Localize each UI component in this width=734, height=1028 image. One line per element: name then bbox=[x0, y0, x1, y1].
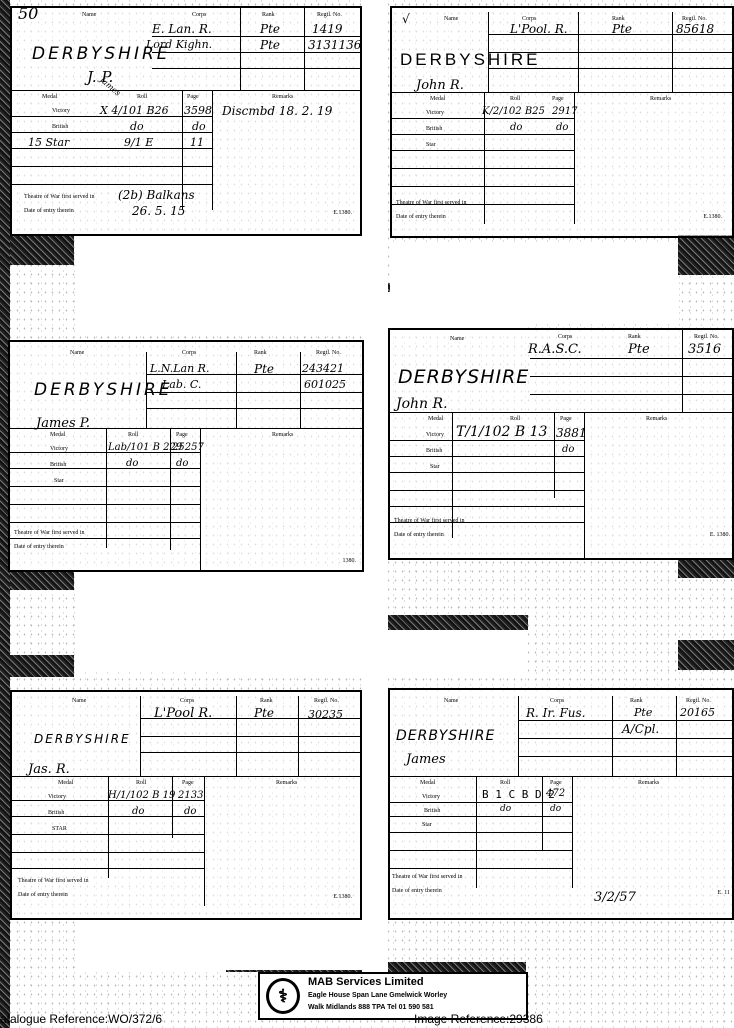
label-date-entry: Date of entry therein bbox=[18, 892, 68, 898]
page-british: do bbox=[550, 804, 561, 814]
remarks: Discmbd 18. 2. 19 bbox=[222, 104, 332, 118]
medal-british: British bbox=[424, 808, 440, 814]
stamp-address-2: Walk Midlands 888 TPA Tel 01 590 581 bbox=[308, 1004, 434, 1011]
label-remarks: Remarks bbox=[650, 96, 671, 102]
medal-british: British bbox=[48, 810, 64, 816]
label-roll: Roll bbox=[510, 96, 520, 102]
page-british: do bbox=[556, 122, 568, 133]
medal-card-middle-right: Name Corps Rank Regtl. No. DERBYSHIRE Jo… bbox=[388, 328, 734, 560]
medal-victory: Victory bbox=[426, 110, 444, 116]
label-theatre: Theatre of War first served in bbox=[392, 874, 463, 880]
roll-victory: X 4/101 B26 bbox=[100, 104, 169, 117]
forenames: John R. bbox=[396, 396, 448, 412]
label-date-entry: Date of entry therein bbox=[14, 544, 64, 550]
roll-british: do bbox=[132, 806, 144, 817]
stamp-address-1: Eagle House Span Lane Gmelwick Worley bbox=[308, 992, 447, 999]
label-remarks: Remarks bbox=[272, 94, 293, 100]
label-corps: Corps bbox=[558, 334, 572, 340]
theatre: (2b) Balkans bbox=[118, 188, 195, 202]
roll-victory: B 1 C B D 2 bbox=[482, 788, 555, 801]
medal-british: British bbox=[52, 124, 68, 130]
surname: DERBYSHIRE bbox=[400, 50, 541, 70]
label-corps: Corps bbox=[182, 350, 196, 356]
medal-star: Star bbox=[426, 142, 436, 148]
corps-1: E. Lan. R. bbox=[152, 22, 212, 36]
regtl-no-1: 243421 bbox=[302, 362, 344, 375]
scan-shadow bbox=[388, 615, 528, 631]
image-reference: Image Reference:29386 bbox=[414, 1012, 543, 1026]
roll-british: do bbox=[510, 122, 522, 133]
corps-2: Lord Kighn. bbox=[146, 38, 212, 51]
corps-1: R.A.S.C. bbox=[528, 342, 582, 357]
date-entry: 26. 5. 15 bbox=[132, 204, 185, 218]
label-medal: Medal bbox=[428, 416, 443, 422]
label-regtl-no: Regtl. No. bbox=[694, 334, 719, 340]
label-rank: Rank bbox=[262, 12, 275, 18]
regtl-no-1: 20165 bbox=[680, 706, 715, 719]
page-victory: 3598 bbox=[184, 104, 212, 117]
label-theatre: Theatre of War first served in bbox=[14, 530, 85, 536]
forenames: James bbox=[406, 752, 446, 767]
label-name: Name bbox=[450, 336, 464, 342]
form-number: E.1380. bbox=[703, 214, 722, 220]
label-roll: Roll bbox=[137, 94, 147, 100]
label-name: Name bbox=[70, 350, 84, 356]
medal-victory: Victory bbox=[52, 108, 70, 114]
medal-british: British bbox=[426, 448, 442, 454]
label-roll: Roll bbox=[128, 432, 138, 438]
label-name: Name bbox=[444, 16, 458, 22]
surname: DERBYSHIRE bbox=[396, 728, 495, 744]
medal-card-top-left: 50 Name Corps Rank Regtl. No. DERBYSHIRE… bbox=[10, 6, 362, 236]
medal-victory: Victory bbox=[426, 432, 444, 438]
catalogue-reference: atalogue Reference:WO/372/6 bbox=[0, 1012, 162, 1026]
regtl-no-1: 1419 bbox=[312, 22, 343, 36]
label-rank: Rank bbox=[260, 698, 273, 704]
corps-1: L'Pool R. bbox=[154, 706, 212, 721]
regtl-no-1: 3516 bbox=[688, 342, 721, 357]
label-theatre: Theatre of War first served in bbox=[24, 194, 95, 200]
label-medal: Medal bbox=[420, 780, 435, 786]
roll-british: do bbox=[130, 120, 144, 133]
stamp-company: MAB Services Limited bbox=[308, 976, 424, 988]
label-medal: Medal bbox=[430, 96, 445, 102]
label-date-entry: Date of entry therein bbox=[394, 532, 444, 538]
label-theatre: Theatre of War first served in bbox=[396, 200, 467, 206]
label-roll: Roll bbox=[136, 780, 146, 786]
form-number: E. 1380. bbox=[710, 532, 730, 538]
scan-shadow bbox=[10, 572, 74, 590]
corps-1: R. Ir. Fus. bbox=[526, 706, 585, 720]
roll-british: do bbox=[126, 458, 138, 469]
form-number: 1380. bbox=[343, 558, 357, 564]
rank-1: Pte bbox=[254, 362, 274, 376]
card-mark: √ bbox=[402, 12, 410, 26]
scan-shadow bbox=[10, 235, 74, 265]
roll-victory: K/2/102 B25 bbox=[482, 106, 545, 117]
medal-british: British bbox=[50, 462, 66, 468]
label-date-entry: Date of entry therein bbox=[392, 888, 442, 894]
page-british: do bbox=[562, 444, 574, 455]
label-remarks: Remarks bbox=[638, 780, 659, 786]
label-rank: Rank bbox=[628, 334, 641, 340]
surname: DERBYSHIRE bbox=[398, 366, 529, 388]
medal-victory: Victory bbox=[48, 794, 66, 800]
medal-star: 15 Star bbox=[28, 136, 69, 149]
forenames: Jas. R. bbox=[28, 762, 70, 777]
label-corps: Corps bbox=[180, 698, 194, 704]
rank-1: Pte bbox=[628, 342, 650, 357]
label-page: Page bbox=[176, 432, 188, 438]
label-rank: Rank bbox=[630, 698, 643, 704]
medal-star: Star bbox=[54, 478, 64, 484]
medal-victory: Victory bbox=[50, 446, 68, 452]
scan-shadow bbox=[10, 655, 74, 677]
page-star: 11 bbox=[190, 136, 204, 149]
forenames: John R. bbox=[416, 78, 464, 93]
label-remarks: Remarks bbox=[272, 432, 293, 438]
medal-card-top-right: √ Name Corps Rank Regtl. No. DERBYSHIRE … bbox=[390, 6, 734, 238]
medal-victory: Victory bbox=[422, 794, 440, 800]
card-mark: 50 bbox=[18, 4, 38, 23]
medal-card-bottom-right: Name Corps Rank Regtl. No. DERBYSHIRE Ja… bbox=[388, 688, 734, 920]
page-victory: 2133 bbox=[178, 790, 203, 801]
label-regtl-no: Regtl. No. bbox=[317, 12, 342, 18]
regtl-no-2: 3131136 bbox=[308, 38, 361, 52]
label-medal: Medal bbox=[50, 432, 65, 438]
label-date-entry: Date of entry therein bbox=[24, 208, 74, 214]
rank-1: Pte bbox=[254, 706, 274, 720]
rank-2: Pte bbox=[260, 38, 280, 52]
corps-1: L.N.Lan R. bbox=[150, 362, 209, 375]
label-name: Name bbox=[444, 698, 458, 704]
label-page: Page bbox=[560, 416, 572, 422]
medal-star: Star bbox=[422, 822, 432, 828]
page-victory: 2917 bbox=[552, 106, 577, 117]
roll-british: do bbox=[500, 804, 511, 814]
regtl-no-2: 601025 bbox=[304, 378, 346, 391]
regtl-no-1: 30235 bbox=[308, 708, 343, 721]
label-regtl-no: Regtl. No. bbox=[686, 698, 711, 704]
label-date-entry: Date of entry therein bbox=[396, 214, 446, 220]
label-page: Page bbox=[550, 780, 562, 786]
label-page: Page bbox=[552, 96, 564, 102]
scan-shadow bbox=[678, 235, 734, 275]
page-british: do bbox=[176, 458, 188, 469]
rank-1: Pte bbox=[260, 22, 280, 36]
label-remarks: Remarks bbox=[276, 780, 297, 786]
label-regtl-no: Regtl. No. bbox=[316, 350, 341, 356]
center-gutter bbox=[362, 0, 388, 1000]
regtl-no-1: 85618 bbox=[676, 22, 714, 36]
scan-shadow bbox=[678, 558, 734, 578]
surname: DERBYSHIRE bbox=[34, 380, 173, 400]
rank-2: A/Cpl. bbox=[622, 722, 659, 736]
caduceus-logo-icon: ⚕ bbox=[266, 978, 300, 1014]
page-victory: 3881 bbox=[556, 426, 587, 440]
label-theatre: Theatre of War first served in bbox=[394, 518, 465, 524]
label-corps: Corps bbox=[550, 698, 564, 704]
roll-star: 9/1 E bbox=[124, 136, 153, 149]
roll-victory: H/1/102 B 19 bbox=[108, 790, 175, 801]
rank-1: Pte bbox=[612, 22, 632, 36]
roll-victory: T/1/102 B 13 bbox=[456, 424, 547, 440]
label-medal: Medal bbox=[58, 780, 73, 786]
rank-1: Pte bbox=[634, 706, 652, 719]
label-remarks: Remarks bbox=[646, 416, 667, 422]
form-number: E. 11 bbox=[718, 890, 730, 896]
surname: DERBYSHIRE bbox=[34, 732, 131, 746]
page-british: do bbox=[184, 806, 196, 817]
medal-card-middle-left: Name Corps Rank Regtl. No. DERBYSHIRE Ja… bbox=[8, 340, 364, 572]
label-theatre: Theatre of War first served in bbox=[18, 878, 89, 884]
label-name: Name bbox=[82, 12, 96, 18]
page-victory: 25257 bbox=[172, 442, 204, 453]
forenames: James P. bbox=[36, 416, 90, 431]
corps-1: L'Pool. R. bbox=[510, 22, 568, 36]
page-victory: 472 bbox=[546, 788, 565, 799]
medal-star: Star bbox=[430, 464, 440, 470]
scan-shadow bbox=[678, 640, 734, 670]
label-page: Page bbox=[187, 94, 199, 100]
page-british: do bbox=[192, 120, 206, 133]
date-annotation: 3/2/57 bbox=[594, 890, 636, 905]
medal-star: STAR bbox=[52, 826, 67, 832]
label-roll: Roll bbox=[500, 780, 510, 786]
medal-british: British bbox=[426, 126, 442, 132]
label-page: Page bbox=[182, 780, 194, 786]
label-corps: Corps bbox=[192, 12, 206, 18]
form-number: E.1380. bbox=[333, 894, 352, 900]
label-roll: Roll bbox=[510, 416, 520, 422]
label-medal: Medal bbox=[42, 94, 57, 100]
blank-gap bbox=[75, 920, 363, 970]
label-regtl-no: Regtl. No. bbox=[314, 698, 339, 704]
label-name: Name bbox=[72, 698, 86, 704]
medal-card-bottom-left: Name Corps Rank Regtl. No. DERBYSHIRE Ja… bbox=[10, 690, 362, 920]
label-rank: Rank bbox=[254, 350, 267, 356]
form-number: E.1380. bbox=[333, 210, 352, 216]
corps-2: Lab. C. bbox=[162, 378, 201, 391]
